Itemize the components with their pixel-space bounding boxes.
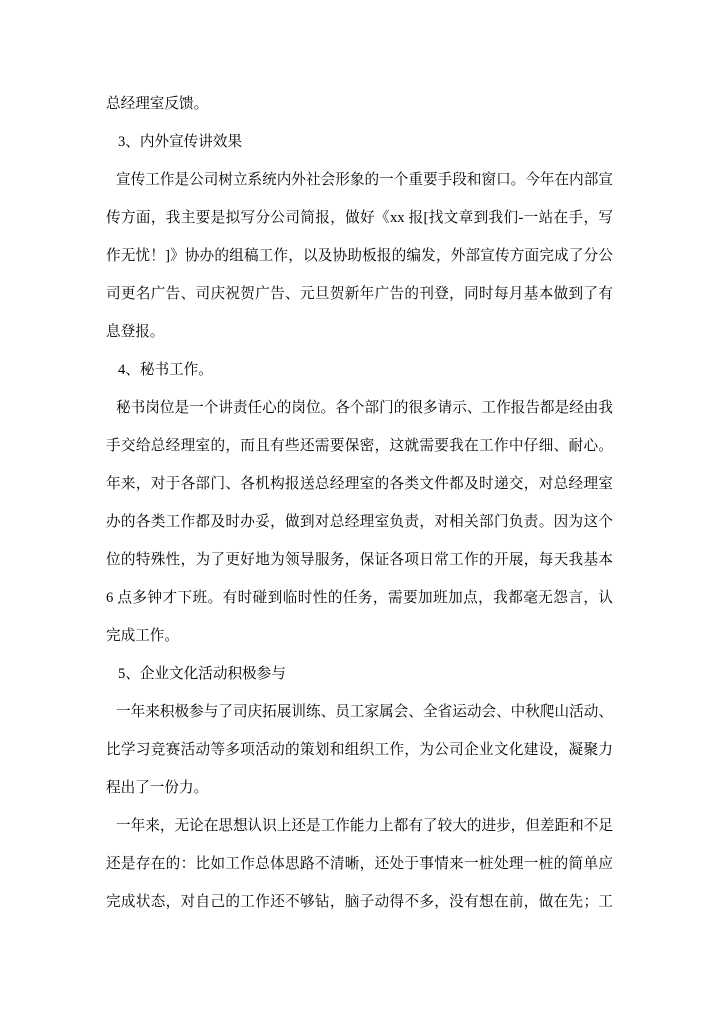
paragraph: 一年来积极参与了司庆拓展训练、员工家属会、全省运动会、中秋爬山活动、比学习竞赛活…	[106, 693, 613, 807]
text-line: 宣传工作是公司树立系统内外社会形象的一个重要手段和窗口。今年在内部宣	[106, 161, 613, 199]
paragraph: 总经理室反馈。	[106, 85, 613, 123]
document-body: 总经理室反馈。3、内外宣传讲效果宣传工作是公司树立系统内外社会形象的一个重要手段…	[106, 85, 613, 921]
text-line: 作无忧！]》协办的组稿工作，以及协助板报的编发，外部宣传方面完成了分公	[106, 237, 613, 275]
paragraph: 秘书岗位是一个讲责任心的岗位。各个部门的很多请示、工作报告都是经由我手交给总经理…	[106, 389, 613, 655]
section-heading: 3、内外宣传讲效果	[106, 123, 613, 161]
text-line: 司更名广告、司庆祝贺广告、元旦贺新年广告的刊登，同时每月基本做到了有信	[106, 275, 613, 313]
text-line: 完成状态，对自己的工作还不够钻，脑子动得不多，没有想在前，做在先；工作	[106, 883, 613, 921]
text-line: 办的各类工作都及时办妥，做到对总经理室负责，对相关部门负责。因为这个岗	[106, 503, 613, 541]
text-line: 秘书岗位是一个讲责任心的岗位。各个部门的很多请示、工作报告都是经由我	[106, 389, 613, 427]
paragraph: 一年来，无论在思想认识上还是工作能力上都有了较大的进步，但差距和不足还是存在的：…	[106, 807, 613, 921]
text-line: 完成工作。	[106, 617, 613, 655]
text-line: 年来，对于各部门、各机构报送总经理室的各类文件都及时递交，对总经理室交	[106, 465, 613, 503]
text-line: 息登报。	[106, 313, 613, 351]
text-line: 手交给总经理室的，而且有些还需要保密，这就需要我在工作中仔细、耐心。一	[106, 427, 613, 465]
text-line: 位的特殊性，为了更好地为领导服务，保证各项日常工作的开展，每天我基本上	[106, 541, 613, 579]
text-line: 程出了一份力。	[106, 769, 613, 807]
text-line: 3、内外宣传讲效果	[106, 123, 613, 161]
document-page: 总经理室反馈。3、内外宣传讲效果宣传工作是公司树立系统内外社会形象的一个重要手段…	[0, 0, 721, 1020]
text-line: 6 点多钟才下班。有时碰到临时性的任务，需要加班加点，我都毫无怨言，认真	[106, 579, 613, 617]
section-heading: 4、秘书工作。	[106, 351, 613, 389]
text-line: 比学习竞赛活动等多项活动的策划和组织工作，为公司企业文化建设，凝聚力工	[106, 731, 613, 769]
text-line: 4、秘书工作。	[106, 351, 613, 389]
text-line: 还是存在的：比如工作总体思路不清晰，还处于事情来一桩处理一桩的简单应付	[106, 845, 613, 883]
paragraph: 宣传工作是公司树立系统内外社会形象的一个重要手段和窗口。今年在内部宣传方面，我主…	[106, 161, 613, 351]
text-line: 总经理室反馈。	[106, 85, 613, 123]
text-line: 一年来，无论在思想认识上还是工作能力上都有了较大的进步，但差距和不足	[106, 807, 613, 845]
section-heading: 5、企业文化活动积极参与	[106, 655, 613, 693]
text-line: 传方面，我主要是拟写分公司简报，做好《xx 报[找文章到我们-一站在手，写	[106, 199, 613, 237]
text-line: 5、企业文化活动积极参与	[106, 655, 613, 693]
text-line: 一年来积极参与了司庆拓展训练、员工家属会、全省运动会、中秋爬山活动、	[106, 693, 613, 731]
